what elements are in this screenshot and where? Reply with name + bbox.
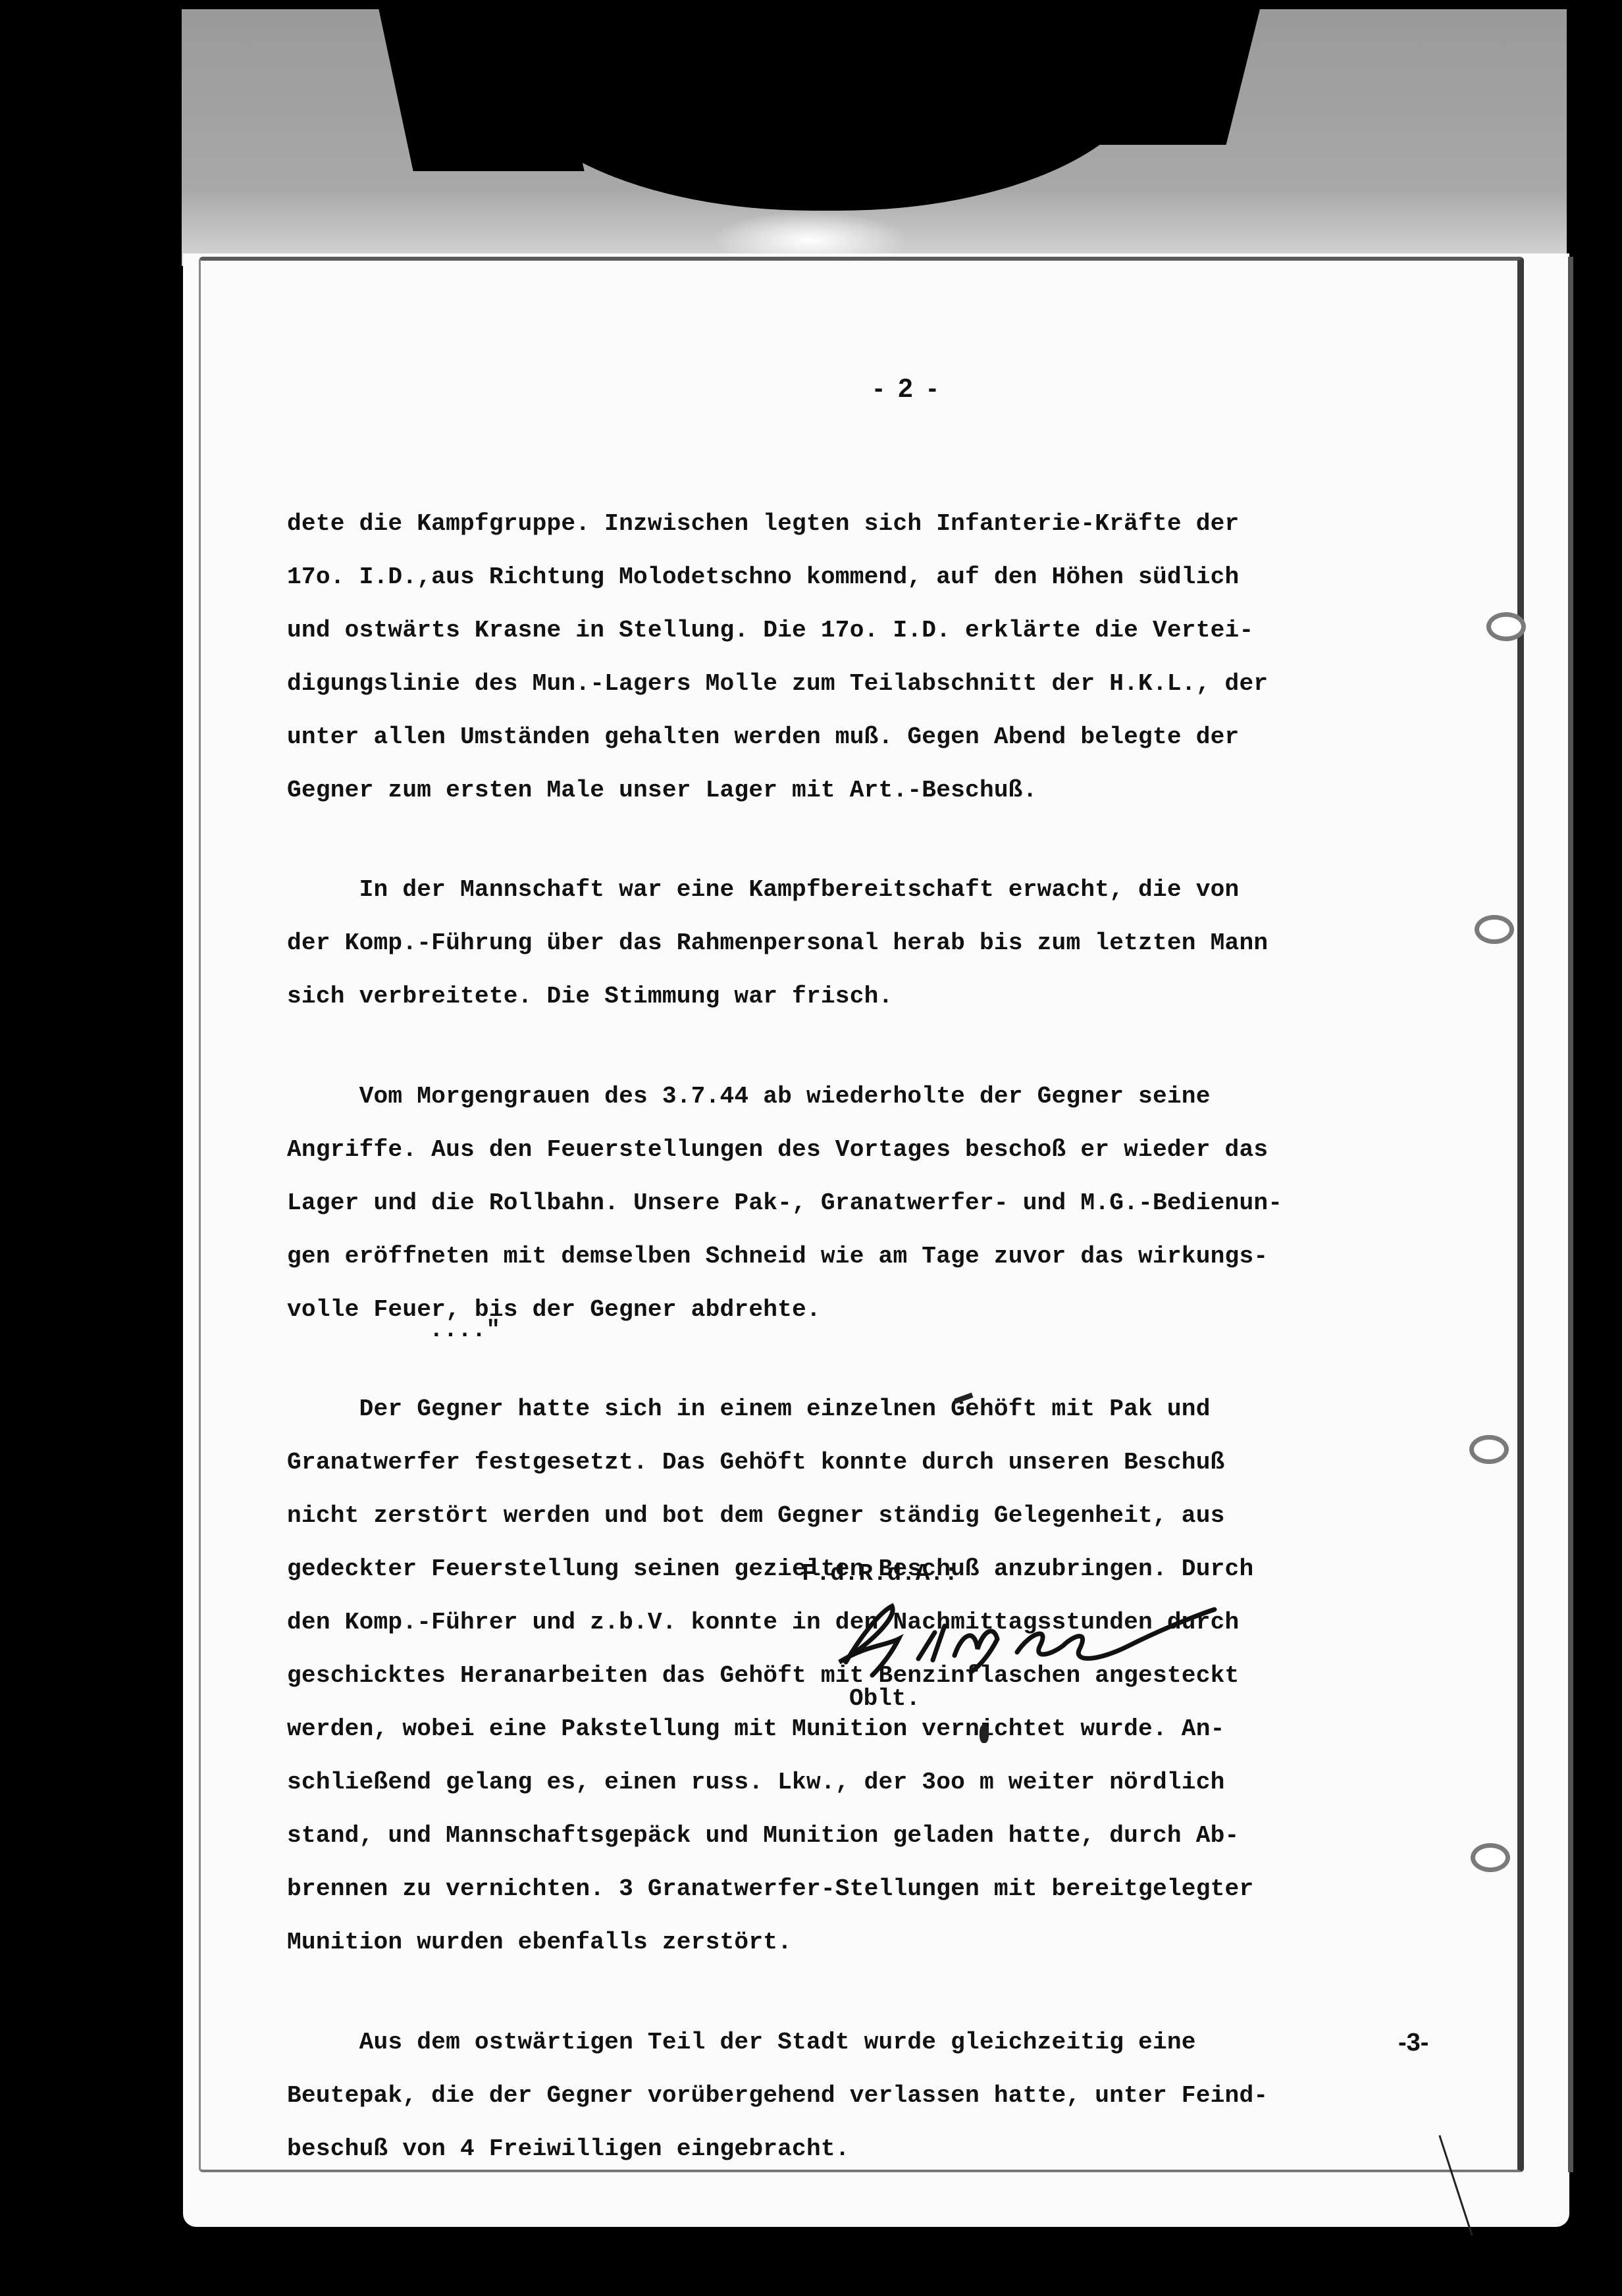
quote-ellipsis: ...." — [429, 1317, 500, 1344]
punch-hole-icon — [1486, 612, 1526, 641]
paragraph-1: dete die Kampfgruppe. Inzwischen legten … — [287, 484, 1459, 831]
text-line: sich verbreitete. Die Stimmung war frisc… — [287, 983, 1459, 1010]
text-line: und ostwärts Krasne in Stellung. Die 17o… — [287, 617, 1459, 644]
paragraph-5: Aus dem ostwärtigen Teil der Stadt wurde… — [287, 2002, 1459, 2189]
text-line: schließend gelang es, einen russ. Lkw., … — [287, 1769, 1459, 1796]
text-line: Der Gegner hatte sich in einem einzelnen… — [287, 1396, 1459, 1423]
paragraph-2: In der Mannschaft war eine Kampfbereitsc… — [287, 850, 1459, 1037]
text-line: unter allen Umständen gehalten werden mu… — [287, 724, 1459, 751]
text-line: der Komp.-Führung über das Rahmenpersona… — [287, 930, 1459, 957]
handwritten-signature-icon — [820, 1600, 1228, 1679]
text-line: nicht zerstört werden und bot dem Gegner… — [287, 1503, 1459, 1530]
text-line: brennen zu vernichten. 3 Granatwerfer-St… — [287, 1876, 1459, 1903]
text-line: werden, wobei eine Pakstellung mit Munit… — [287, 1716, 1459, 1743]
punch-hole-icon — [1475, 915, 1514, 944]
text-line: Gegner zum ersten Male unser Lager mit A… — [287, 777, 1459, 804]
ink-mark — [980, 1725, 989, 1743]
text-line: In der Mannschaft war eine Kampfbereitsc… — [287, 877, 1459, 904]
page-edge — [1568, 257, 1573, 2172]
text-line: stand, und Mannschaftsgepäck und Munitio… — [287, 1823, 1459, 1850]
text-line: Angriffe. Aus den Feuerstellungen des Vo… — [287, 1137, 1459, 1164]
report-body: dete die Kampfgruppe. Inzwischen legten … — [287, 484, 1459, 2209]
text-line: Munition wurden ebenfalls zerstört. — [287, 1929, 1459, 1956]
page-number: - 2 - — [874, 374, 941, 404]
text-line: Aus dem ostwärtigen Teil der Stadt wurde… — [287, 2029, 1459, 2056]
text-line: digungslinie des Mun.-Lagers Molle zum T… — [287, 671, 1459, 698]
next-page-marker: -3- — [1398, 2029, 1428, 2057]
text-line: 17o. I.D.,aus Richtung Molodetschno komm… — [287, 564, 1459, 591]
punch-hole-icon — [1471, 1843, 1510, 1872]
signature-authentication: F.d.R.d.A.: — [802, 1560, 958, 1587]
text-line: Vom Morgengrauen des 3.7.44 ab wiederhol… — [287, 1083, 1459, 1110]
text-line: Lager und die Rollbahn. Unsere Pak-, Gra… — [287, 1190, 1459, 1217]
text-line: beschuß von 4 Freiwilligen eingebracht. — [287, 2136, 1459, 2163]
punch-hole-icon — [1469, 1435, 1509, 1464]
text-line: Beutepak, die der Gegner vorübergehend v… — [287, 2083, 1459, 2110]
text-line: dete die Kampfgruppe. Inzwischen legten … — [287, 511, 1459, 538]
text-line: gen eröffneten mit demselben Schneid wie… — [287, 1243, 1459, 1270]
text-line: Granatwerfer festgesetzt. Das Gehöft kon… — [287, 1449, 1459, 1476]
rank-label: Oblt. — [849, 1685, 920, 1712]
paragraph-3: Vom Morgengrauen des 3.7.44 ab wiederhol… — [287, 1057, 1459, 1350]
